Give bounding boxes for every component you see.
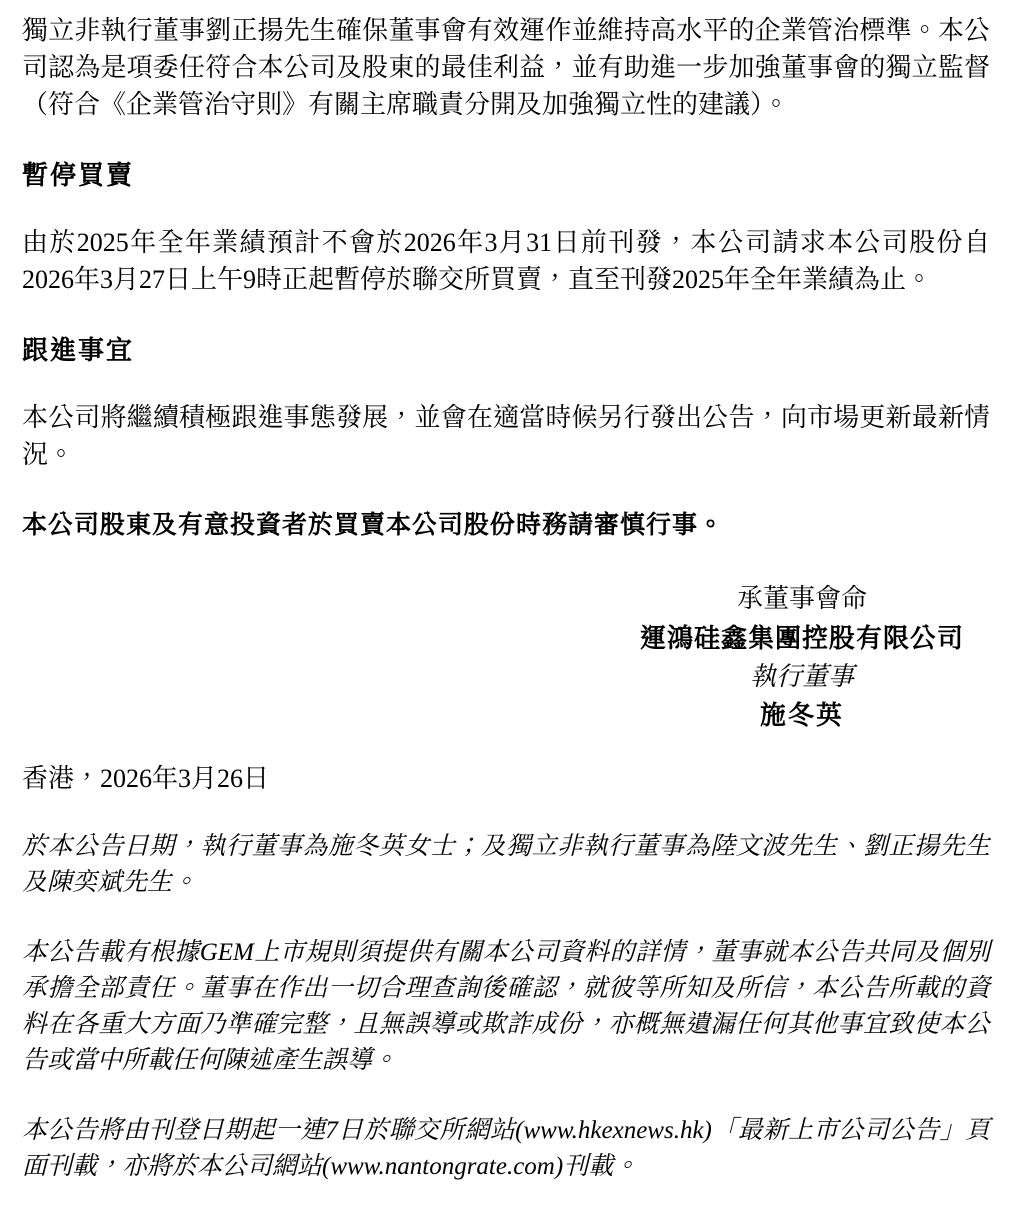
- follow-up-matters-paragraph: 本公司將繼續積極跟進事態發展，並會在適當時候另行發出公告，向市場更新最新情況。: [22, 399, 990, 473]
- intro-paragraph: 獨立非執行董事劉正揚先生確保董事會有效運作並維持高水平的企業管治標準。本公司認為…: [22, 12, 990, 123]
- signature-block: 承董事會命 運鴻硅鑫集團控股有限公司 執行董事 施冬英: [622, 580, 982, 734]
- directors-composition-note: 於本公告日期，執行董事為施冬英女士；及獨立非執行董事為陸文波先生、劉正揚先生及陳…: [22, 829, 990, 901]
- announcement-page: 獨立非執行董事劉正揚先生確保董事會有效運作並維持高水平的企業管治標準。本公司認為…: [0, 0, 1011, 1209]
- by-order-of-the-board-line: 承董事會命: [622, 580, 982, 618]
- suspension-of-trading-paragraph: 由於2025年全年業績預計不會於2026年3月31日前刊發，本公司請求本公司股份…: [22, 224, 990, 298]
- section-heading-suspension-of-trading: 暫停買賣: [22, 157, 990, 194]
- company-name: 運鴻硅鑫集團控股有限公司: [622, 618, 982, 658]
- shareholder-caution-statement: 本公司股東及有意投資者於買賣本公司股份時務請審慎行事。: [22, 507, 990, 544]
- directors-responsibility-note: 本公告載有根據GEM上市規則須提供有關本公司資料的詳情，董事就本公告共同及個別承…: [22, 935, 990, 1079]
- signatory-name: 施冬英: [622, 696, 982, 734]
- place-and-date-line: 香港，2026年3月26日: [22, 760, 990, 797]
- section-heading-follow-up-matters: 跟進事宜: [22, 332, 990, 369]
- signatory-title: 執行董事: [622, 658, 982, 696]
- publication-websites-note: 本公告將由刊登日期起一連7日於聯交所網站(www.hkexnews.hk)「最新…: [22, 1113, 990, 1185]
